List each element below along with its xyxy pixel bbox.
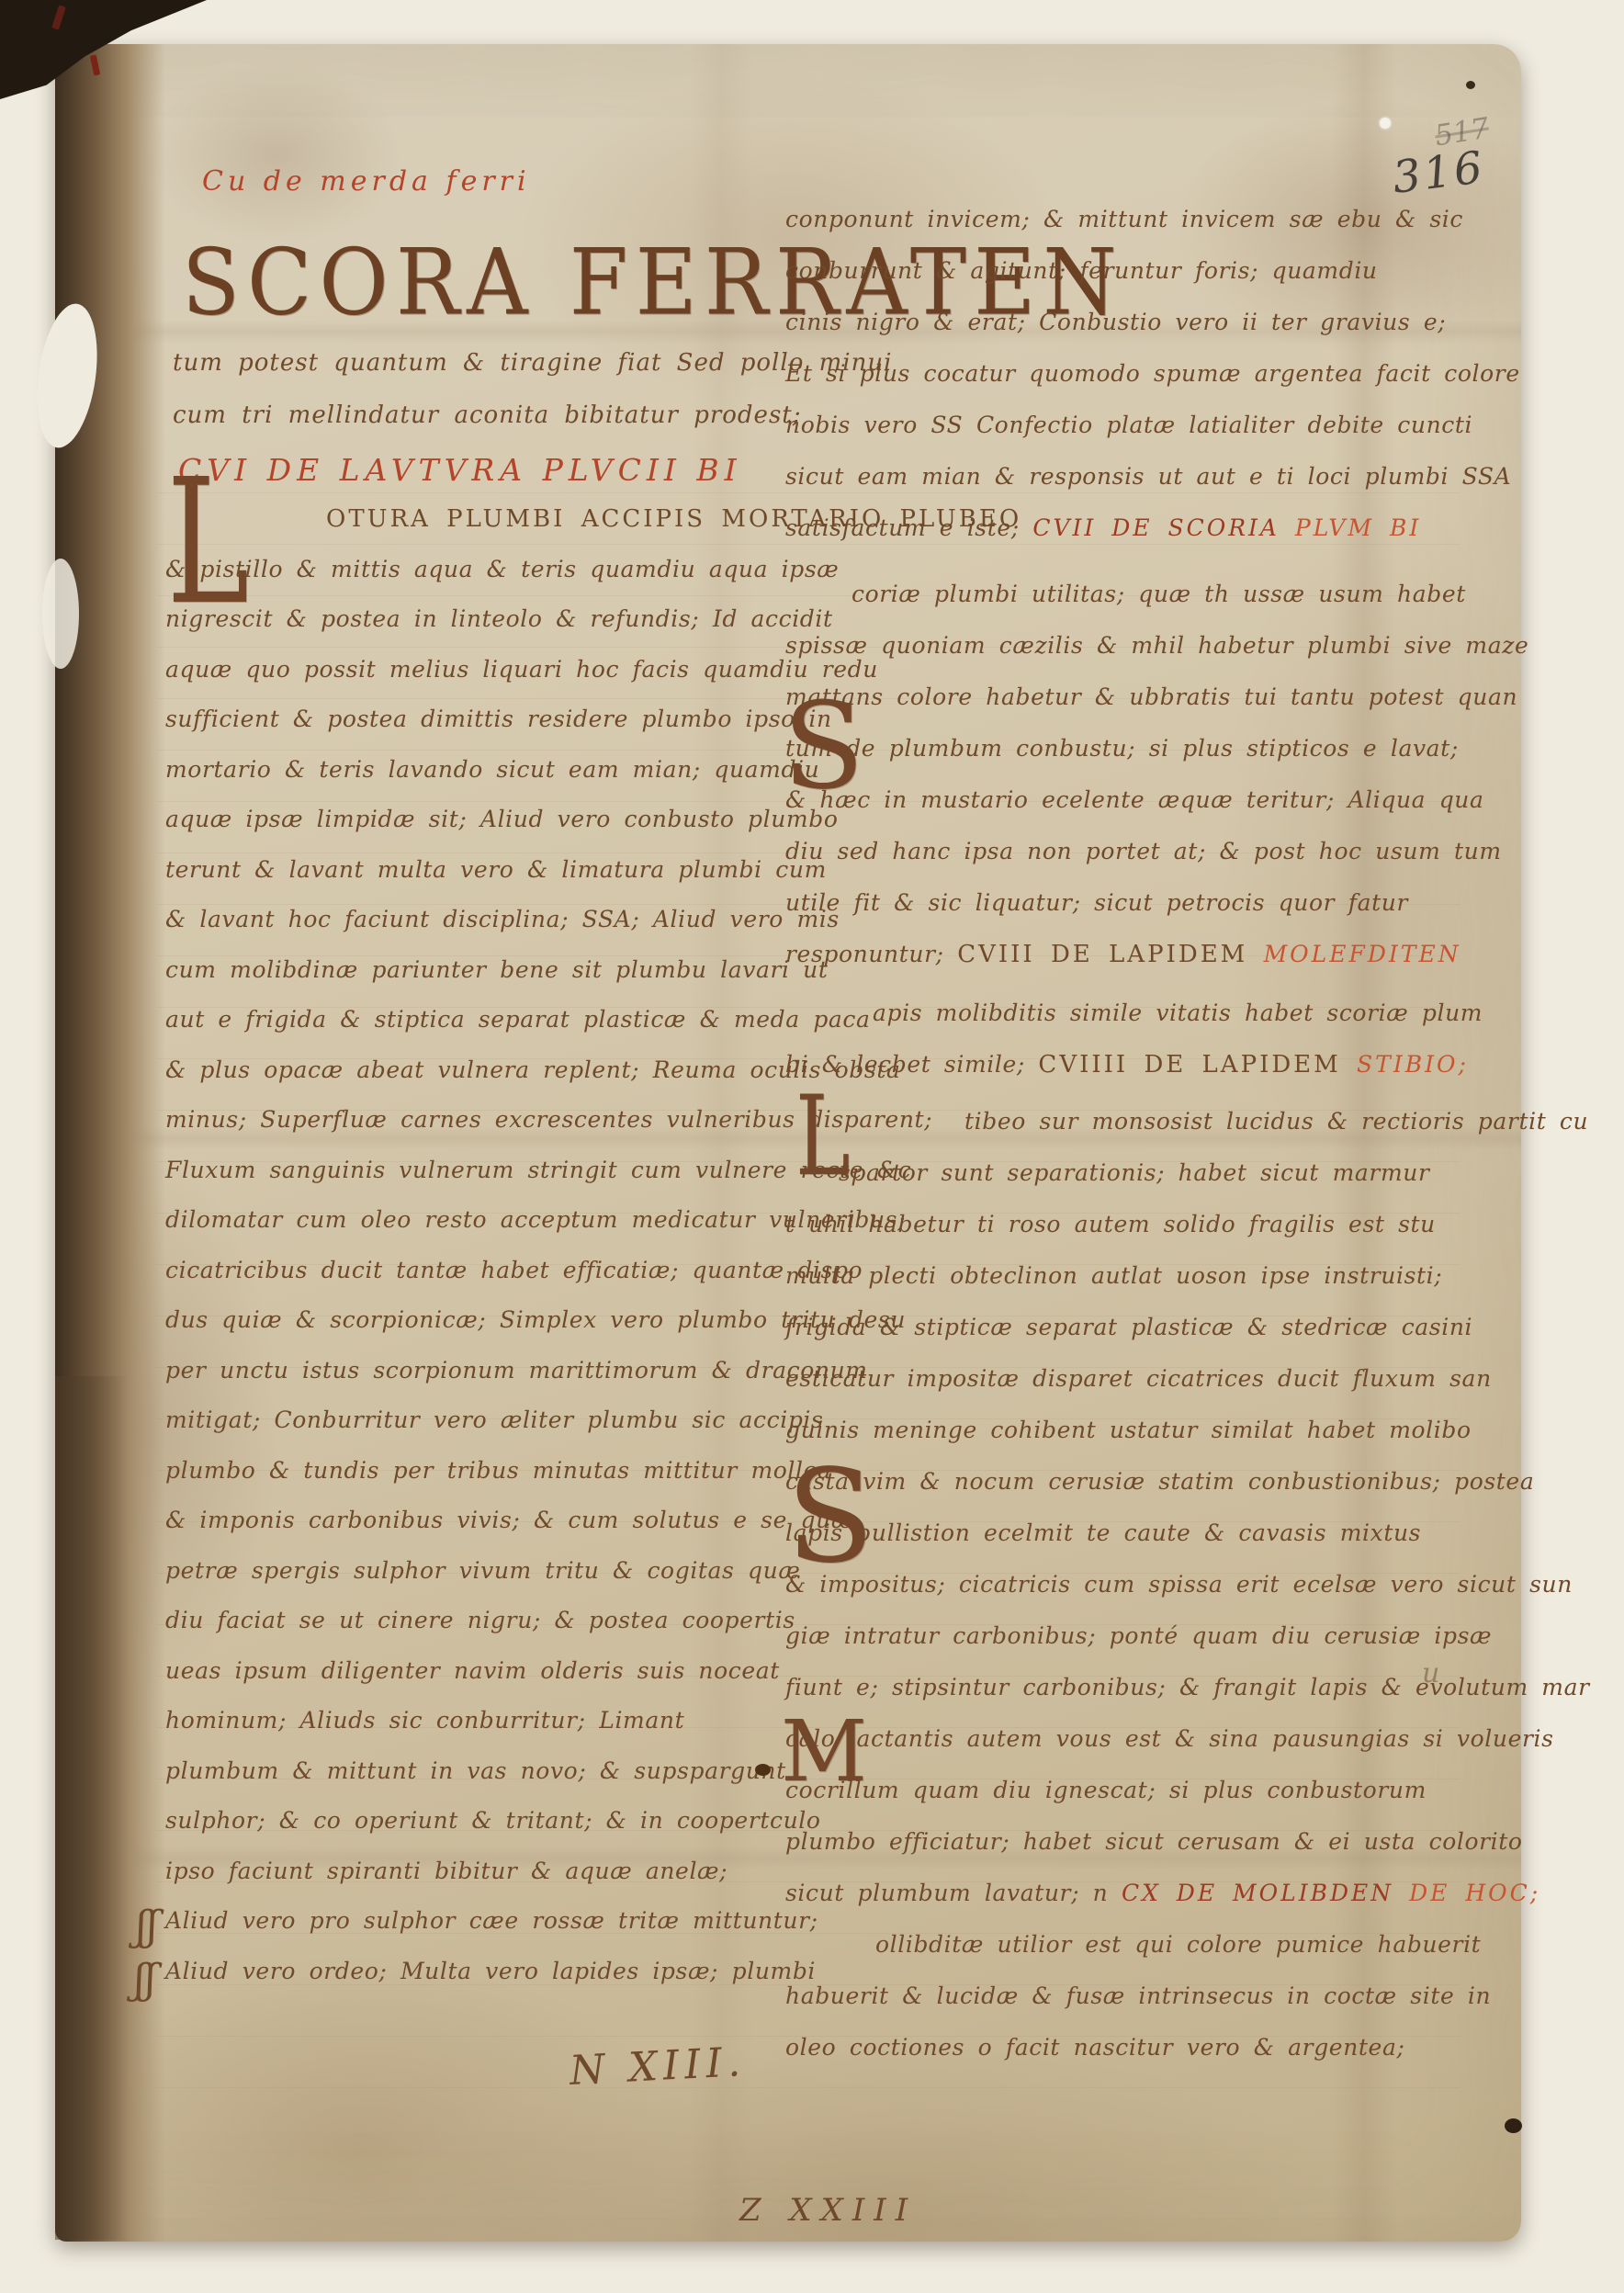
text-segment: & hæc in mustario ecelente æquæ teritur;… (785, 786, 1484, 813)
manuscript-text-line: & impositus; cicatricis cum spissa erit … (785, 1571, 1410, 1622)
manuscript-text-line: oleo coctiones o facit nascitur vero & a… (785, 2034, 1410, 2085)
manuscript-text-line: giæ intratur carbonibus; ponté quam diu … (785, 1622, 1410, 1674)
manuscript-text-line: & pistillo & mittis aqua & teris quamdiu… (165, 556, 799, 606)
text-segment: ueas ipsum diligenter navim olderis suis… (165, 1657, 780, 1684)
text-line: cum tri mellindatur aconita bibitatur pr… (173, 401, 892, 454)
manuscript-text-line: utile fit & sic liquatur; sicut petrocis… (785, 889, 1410, 941)
text-segment: spartor sunt separationis; habet sicut m… (839, 1159, 1430, 1186)
manuscript-text-line: aquæ quo possit melius liquari hoc facis… (165, 656, 799, 706)
manuscript-text-line: dilomatar cum oleo resto acceptum medica… (165, 1206, 799, 1257)
text-segment: casta vim & nocum cerusiæ statim conbust… (785, 1468, 1534, 1495)
text-segment: sufficient & postea dimittis residere pl… (165, 706, 832, 732)
text-segment: plumbo & tundis per tribus minutas mitti… (165, 1457, 832, 1484)
text-segment: cocrillum quam diu ignescat; si plus con… (785, 1777, 1427, 1803)
text-segment: aquæ quo possit melius liquari hoc facis… (165, 656, 878, 683)
text-segment: CVIIII DE LAPIDEM (1038, 1051, 1357, 1079)
ink-speck (1466, 81, 1475, 89)
text-segment: guinis meninge cohibent ustatur similat … (785, 1417, 1472, 1443)
manuscript-text-line: coriæ plumbi utilitas; quæ th ussæ usum … (785, 581, 1410, 632)
ink-blot (1505, 2118, 1522, 2133)
manuscript-text-line: nobis vero SS Confectio platæ latialiter… (785, 412, 1410, 463)
manuscript-text-line: ueas ipsum diligenter navim olderis suis… (165, 1657, 799, 1708)
right-column: conponunt invicem; & mittunt invicem sæ … (785, 206, 1410, 2085)
manuscript-text-line: ollibditæ utilior est qui colore pumice … (785, 1931, 1410, 1982)
rubric-segment: CVII DE SCORIA (1032, 514, 1295, 541)
text-segment: Et si plus cocatur quomodo spumæ argente… (785, 360, 1520, 387)
text-segment: esticatur impositæ disparet cicatrices d… (785, 1365, 1492, 1392)
manuscript-text-line: plumbo & tundis per tribus minutas mitti… (165, 1457, 799, 1508)
text-segment: frigida & stipticæ separat plasticæ & st… (785, 1314, 1472, 1340)
manuscript-text-line: aquæ ipsæ limpidæ sit; Aliud vero conbus… (165, 806, 799, 856)
manuscript-text-line: Et si plus cocatur quomodo spumæ argente… (785, 360, 1410, 412)
parchment-notch (42, 559, 79, 669)
manuscript-text-line: calo lactantis autem vous est & sina pau… (785, 1725, 1410, 1777)
text-segment: responuntur; (785, 941, 957, 967)
manuscript-text-line: Fluxum sanguinis vulnerum stringit cum v… (165, 1157, 799, 1207)
manuscript-text-line: lapis bullistion ecelmit te caute & cava… (785, 1519, 1410, 1571)
manuscript-text-line: guinis meninge cohibent ustatur similat … (785, 1417, 1410, 1468)
manuscript-text-line: mortario & teris lavando sicut eam mian;… (165, 756, 799, 807)
manuscript-text-line: satisfactum e iste; CVII DE SCORIA PLVM … (785, 514, 1410, 581)
manuscript-text-line: fiunt e; stipsintur carbonibus; & frangi… (785, 1674, 1410, 1725)
chapter-rubric: Cu de merda ferri (202, 165, 531, 198)
rubric-segment: DE HOC; (1409, 1880, 1540, 1906)
manuscript-text-line: apis molibditis simile vitatis habet sco… (785, 1000, 1410, 1051)
column-end-mark: N XIII. (569, 2039, 747, 2095)
text-segment: sicut eam mian & responsis ut aut e ti l… (785, 463, 1511, 490)
ink-speck (755, 1764, 771, 1776)
manuscript-text-line: plumbo efficiatur; habet sicut cerusam &… (785, 1828, 1410, 1880)
text-segment: spissæ quoniam cæzilis & mhil habetur pl… (785, 632, 1528, 659)
quire-mark: Z XXIII (739, 2192, 917, 2229)
text-segment: lapis bullistion ecelmit te caute & cava… (785, 1519, 1421, 1546)
manuscript-text-line: plumbum & mittunt in vas novo; & supspar… (165, 1757, 799, 1808)
manuscript-text-line: per unctu istus scorpionum marittimorum … (165, 1357, 799, 1407)
white-spot (1380, 118, 1391, 129)
text-segment: ipso faciunt spiranti bibitur & aquæ ane… (165, 1858, 727, 1884)
manuscript-text-line: hominum; Aliuds sic conburritur; Limant (165, 1707, 799, 1757)
text-segment: tibeo sur monsosist lucidus & rectioris … (964, 1108, 1588, 1135)
manuscript-text-line: tum de plumbum conbustu; si plus stiptic… (785, 735, 1410, 786)
text-segment: habuerit & lucidæ & fusæ intrinsecus in … (785, 1982, 1491, 2009)
manuscript-text-line: cum molibdinæ pariunter bene sit plumbu … (165, 956, 799, 1007)
manuscript-text-line: mitigat; Conburritur vero æliter plumbu … (165, 1406, 799, 1457)
manuscript-text-line: ipso faciunt spiranti bibitur & aquæ ane… (165, 1858, 799, 1908)
manuscript-text-line: spissæ quoniam cæzilis & mhil habetur pl… (785, 632, 1410, 683)
text-segment: diu sed hanc ipsa non portet at; & post … (785, 838, 1502, 864)
manuscript-text-line: responuntur; CVIII DE LAPIDEM MOLEFDITEN (785, 941, 1410, 1000)
text-segment: Aliud vero ordeo; Multa vero lapides ips… (165, 1958, 816, 1984)
text-segment: oleo coctiones o facit nascitur vero & a… (785, 2034, 1404, 2061)
manuscript-text-line: petræ spergis sulphor vivum tritu & cogi… (165, 1557, 799, 1608)
manuscript-text-line: sicut eam mian & responsis ut aut e ti l… (785, 463, 1410, 514)
manuscript-text-line: Aliud vero pro sulphor cæe rossæ tritæ m… (165, 1907, 799, 1958)
text-segment: utile fit & sic liquatur; sicut petrocis… (785, 889, 1408, 916)
text-segment: aquæ ipsæ limpidæ sit; Aliud vero conbus… (165, 806, 838, 832)
manuscript-text-line: terunt & lavant multa vero & limatura pl… (165, 856, 799, 907)
manuscript-text-line: cocrillum quam diu ignescat; si plus con… (785, 1777, 1410, 1828)
manuscript-text-line: Aliud vero ordeo; Multa vero lapides ips… (165, 1958, 799, 2008)
marginal-flourish: ʃʃ (136, 1907, 158, 1946)
manuscript-text-line: sicut plumbum lavatur; n CX DE MOLIBDEN … (785, 1880, 1410, 1931)
text-segment: fiunt e; stipsintur carbonibus; & frangi… (785, 1674, 1590, 1700)
text-segment: & imponis carbonibus vivis; & cum solutu… (165, 1507, 853, 1533)
manuscript-text-line: cicatricibus ducit tantæ habet efficatiæ… (165, 1257, 799, 1307)
text-segment: nigrescit & postea in linteolo & refundi… (165, 605, 833, 632)
manuscript-photo: 517 316 Cu de merda ferri SCORA FERRATEN… (0, 0, 1624, 2293)
manuscript-text-line: habuerit & lucidæ & fusæ intrinsecus in … (785, 1982, 1410, 2034)
text-segment: diu faciat se ut cinere nigru; & postea … (165, 1607, 795, 1633)
text-segment: mattans colore habetur & ubbratis tui ta… (785, 683, 1517, 710)
text-segment: nobis vero SS Confectio platæ latialiter… (785, 412, 1472, 438)
text-segment: & lavant hoc faciunt disciplina; SSA; Al… (165, 906, 840, 932)
marginal-flourish: ʃʃ (134, 1960, 156, 1999)
text-segment: conponunt invicem; & mittunt invicem sæ … (785, 206, 1463, 232)
text-line: tum potest quantum & tiragine fiat Sed p… (173, 349, 892, 401)
manuscript-text-line: & plus opacæ abeat vulnera replent; Reum… (165, 1056, 799, 1107)
margin-pen-mark: u (1422, 1657, 1439, 1689)
manuscript-text-line: tibeo sur monsosist lucidus & rectioris … (785, 1108, 1410, 1159)
text-segment: cinis nigro & erat; Conbustio vero ii te… (785, 309, 1446, 335)
text-segment: plumbum & mittunt in vas novo; & supspar… (165, 1757, 786, 1784)
left-column: OTURA PLUMBI ACCIPIS MORTARIO PLUBEO& pi… (165, 505, 799, 2007)
manuscript-text-line: t uhil habetur ti roso autem solido frag… (785, 1211, 1410, 1262)
manuscript-text-line: conponunt invicem; & mittunt invicem sæ … (785, 206, 1410, 257)
text-segment: satisfactum e iste; (785, 514, 1032, 541)
text-segment: Aliud vero pro sulphor cæe rossæ tritæ m… (165, 1907, 818, 1934)
text-segment: terunt & lavant multa vero & limatura pl… (165, 856, 827, 883)
text-segment: mortario & teris lavando sicut eam mian;… (165, 756, 819, 783)
text-segment: cum molibdinæ pariunter bene sit plumbu … (165, 956, 829, 983)
text-segment: & pistillo & mittis aqua & teris quamdiu… (165, 556, 839, 582)
manuscript-text-line: diu faciat se ut cinere nigru; & postea … (165, 1607, 799, 1657)
text-segment: coriæ plumbi utilitas; quæ th ussæ usum … (851, 581, 1466, 607)
text-segment: tum de plumbum conbustu; si plus stiptic… (785, 735, 1459, 762)
text-segment: calo lactantis autem vous est & sina pau… (785, 1725, 1554, 1752)
text-segment: apis molibditis simile vitatis habet sco… (873, 1000, 1483, 1026)
text-segment: conburrunt & agitunt; feruntur foris; qu… (785, 257, 1378, 284)
manuscript-text-line: dus quiæ & scorpionicæ; Simplex vero plu… (165, 1306, 799, 1357)
manuscript-text-line: casta vim & nocum cerusiæ statim conbust… (785, 1468, 1410, 1519)
text-segment: per unctu istus scorpionum marittimorum … (165, 1357, 868, 1384)
text-segment: cicatricibus ducit tantæ habet efficatiæ… (165, 1257, 863, 1283)
manuscript-text-line: multa plecti obteclinon autlat uoson ips… (785, 1262, 1410, 1314)
text-segment: plumbo efficiatur; habet sicut cerusam &… (785, 1828, 1523, 1855)
text-segment: sulphor; & co operiunt & tritant; & in c… (165, 1807, 821, 1834)
binding-shadow (55, 1376, 129, 2240)
text-segment: bi & lecbet simile; (785, 1051, 1038, 1078)
parchment-page: 517 316 Cu de merda ferri SCORA FERRATEN… (55, 44, 1521, 2242)
text-segment: mitigat; Conburritur vero æliter plumbu … (165, 1406, 823, 1433)
text-segment: & impositus; cicatricis cum spissa erit … (785, 1571, 1573, 1598)
text-segment: t uhil habetur ti roso autem solido frag… (785, 1211, 1436, 1237)
manuscript-text-line: esticatur impositæ disparet cicatrices d… (785, 1365, 1410, 1417)
text-segment: ollibditæ utilior est qui colore pumice … (875, 1931, 1481, 1958)
text-segment: aut e frigida & stiptica separat plastic… (165, 1006, 871, 1033)
rubric-segment: PLVM BI (1295, 514, 1421, 541)
manuscript-text-line: sufficient & postea dimittis residere pl… (165, 706, 799, 756)
manuscript-text-line: OTURA PLUMBI ACCIPIS MORTARIO PLUBEO (165, 505, 799, 556)
manuscript-text-line: & hæc in mustario ecelente æquæ teritur;… (785, 786, 1410, 838)
text-segment: hominum; Aliuds sic conburritur; Limant (165, 1707, 684, 1734)
manuscript-text-line: frigida & stipticæ separat plasticæ & st… (785, 1314, 1410, 1365)
manuscript-text-line: diu sed hanc ipsa non portet at; & post … (785, 838, 1410, 889)
manuscript-text-line: mattans colore habetur & ubbratis tui ta… (785, 683, 1410, 735)
folio-number: 316 (1390, 141, 1488, 204)
manuscript-text-line: sulphor; & co operiunt & tritant; & in c… (165, 1807, 799, 1858)
rubric-segment: STIBIO; (1357, 1051, 1469, 1078)
manuscript-text-line: & imponis carbonibus vivis; & cum solutu… (165, 1507, 799, 1557)
manuscript-text-line: conburrunt & agitunt; feruntur foris; qu… (785, 257, 1410, 309)
manuscript-text-line: spartor sunt separationis; habet sicut m… (785, 1159, 1410, 1211)
text-segment: petræ spergis sulphor vivum tritu & cogi… (165, 1557, 800, 1584)
intro-paragraph: tum potest quantum & tiragine fiat Sed p… (173, 349, 892, 454)
text-segment: giæ intratur carbonibus; ponté quam diu … (785, 1622, 1492, 1649)
manuscript-text-line: minus; Superfluæ carnes excrescentes vul… (165, 1106, 799, 1157)
manuscript-text-line: aut e frigida & stiptica separat plastic… (165, 1006, 799, 1056)
manuscript-text-line: nigrescit & postea in linteolo & refundi… (165, 605, 799, 656)
rubric-segment: MOLEFDITEN (1264, 941, 1461, 967)
text-segment: CVIII DE LAPIDEM (957, 941, 1263, 968)
text-segment: multa plecti obteclinon autlat uoson ips… (785, 1262, 1442, 1289)
text-segment: sicut plumbum lavatur; n (785, 1880, 1122, 1906)
rubric-segment: CX DE MOLIBDEN (1122, 1880, 1409, 1906)
manuscript-text-line: & lavant hoc faciunt disciplina; SSA; Al… (165, 906, 799, 956)
manuscript-text-line: bi & lecbet simile; CVIIII DE LAPIDEM ST… (785, 1051, 1410, 1108)
section-heading-red: CVI DE LAVTVRA PLVCII BI (178, 452, 742, 488)
manuscript-text-line: cinis nigro & erat; Conbustio vero ii te… (785, 309, 1410, 360)
